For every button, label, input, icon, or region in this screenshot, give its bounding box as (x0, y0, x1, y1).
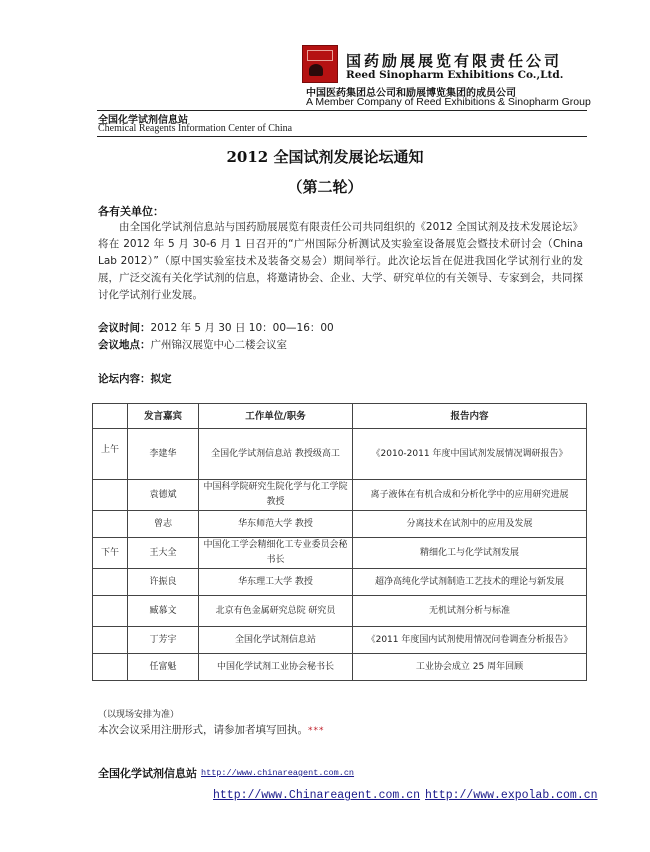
cell-topic: 《2011 年度国内试剂使用情况问卷调查分析报告》 (353, 627, 587, 654)
header-speaker: 发言嘉宾 (128, 404, 199, 429)
cell-speaker: 曾志 (128, 511, 199, 538)
cell-topic: 《2010-2011 年度中国试剂发展情况调研报告》 (353, 429, 587, 480)
center-name-en: Chemical Reagents Information Center of … (98, 123, 292, 134)
meeting-place-value: 广州锦汉展览中心二楼会议室 (151, 339, 288, 351)
table-row: 丁芳宇 全国化学试剂信息站 《2011 年度国内试剂使用情况问卷调查分析报告》 (93, 627, 587, 654)
company-logo (302, 45, 338, 83)
table-row: 上午 李建华 全国化学试剂信息站 教授级高工 《2010-2011 年度中国试剂… (93, 429, 587, 480)
member-line-en: A Member Company of Reed Exhibitions & S… (306, 96, 591, 108)
company-name-en: Reed Sinopharm Exhibitions Co.,Ltd. (346, 69, 563, 81)
cell-org: 华东理工大学 教授 (199, 569, 353, 596)
cell-session (93, 569, 128, 596)
document-subtitle: （第二轮） (0, 176, 650, 197)
meeting-time-label: 会议时间： (98, 322, 151, 334)
cell-topic: 分离技术在试剂中的应用及发展 (353, 511, 587, 538)
schedule-note: （以现场安排为准） (98, 707, 179, 720)
cell-speaker: 王大全 (128, 538, 199, 569)
cell-session (93, 654, 128, 681)
cell-speaker: 丁芳宇 (128, 627, 199, 654)
intro-paragraph: 由全国化学试剂信息站与国药励展展览有限责任公司共同组织的《2012 全国试剂及技… (98, 219, 583, 304)
cell-org: 中国化学试剂工业协会秘书长 (199, 654, 353, 681)
cell-topic: 精细化工与化学试剂发展 (353, 538, 587, 569)
cell-topic: 工业协会成立 25 周年回顾 (353, 654, 587, 681)
table-row: 任富魁 中国化学试剂工业协会秘书长 工业协会成立 25 周年回顾 (93, 654, 587, 681)
chinareagent-link[interactable]: http://www.Chinareagent.com.cn (213, 789, 420, 802)
table-row: 臧慕文 北京有色金属研究总院 研究员 无机试剂分析与标准 (93, 596, 587, 627)
cell-session (93, 596, 128, 627)
header-topic: 报告内容 (353, 404, 587, 429)
cell-session (93, 627, 128, 654)
table-row: 袁德斌 中国科学院研究生院化学与化工学院 教授 离子液体在有机合成和分析化学中的… (93, 480, 587, 511)
schedule-table: 发言嘉宾 工作单位/职务 报告内容 上午 李建华 全国化学试剂信息站 教授级高工… (92, 403, 587, 681)
company-name-cn: 国药励展展览有限责任公司 (346, 50, 562, 71)
document-title: 2012 全国试剂发展论坛通知 (0, 146, 650, 167)
forum-content: 论坛内容：拟定 (98, 371, 172, 386)
table-row: 曾志 华东师范大学 教授 分离技术在试剂中的应用及发展 (93, 511, 587, 538)
meeting-place: 会议地点：广州锦汉展览中心二楼会议室 (98, 337, 287, 352)
cell-org: 华东师范大学 教授 (199, 511, 353, 538)
expolab-link[interactable]: http://www.expolab.com.cn (425, 789, 598, 802)
meeting-time-value: 2012 年 5 月 30 日 10：00—16：00 (151, 322, 334, 334)
cell-org: 中国化工学会精细化工专业委员会秘书长 (199, 538, 353, 569)
cell-session (93, 511, 128, 538)
footer-org-name: 全国化学试剂信息站 (98, 765, 197, 781)
salutation: 各有关单位： (98, 203, 164, 219)
cell-topic: 超净高纯化学试剂制造工艺技术的理论与新发展 (353, 569, 587, 596)
meeting-time: 会议时间：2012 年 5 月 30 日 10：00—16：00 (98, 320, 334, 335)
table-row: 下午 王大全 中国化工学会精细化工专业委员会秘书长 精细化工与化学试剂发展 (93, 538, 587, 569)
cell-topic: 无机试剂分析与标准 (353, 596, 587, 627)
table-row: 许振良 华东理工大学 教授 超净高纯化学试剂制造工艺技术的理论与新发展 (93, 569, 587, 596)
cell-speaker: 臧慕文 (128, 596, 199, 627)
table-header-row: 发言嘉宾 工作单位/职务 报告内容 (93, 404, 587, 429)
forum-content-label: 论坛内容：拟定 (98, 373, 172, 385)
cell-speaker: 许振良 (128, 569, 199, 596)
footer-org-link[interactable]: http://www.chinareagent.com.cn (201, 768, 354, 778)
cell-org: 中国科学院研究生院化学与化工学院 教授 (199, 480, 353, 511)
cell-speaker: 袁德斌 (128, 480, 199, 511)
cell-org: 全国化学试剂信息站 (199, 627, 353, 654)
header-rule-bottom (97, 136, 587, 137)
header-session (93, 404, 128, 429)
cell-session: 上午 (93, 429, 128, 480)
meeting-place-label: 会议地点： (98, 339, 151, 351)
registration-mark: *** (308, 726, 325, 736)
registration-notice: 本次会议采用注册形式，请参加者填写回执。*** (98, 722, 325, 737)
cell-speaker: 任富魁 (128, 654, 199, 681)
registration-text: 本次会议采用注册形式，请参加者填写回执。 (98, 724, 308, 736)
cell-org: 北京有色金属研究总院 研究员 (199, 596, 353, 627)
cell-session (93, 480, 128, 511)
cell-topic: 离子液体在有机合成和分析化学中的应用研究进展 (353, 480, 587, 511)
header-org: 工作单位/职务 (199, 404, 353, 429)
cell-org: 全国化学试剂信息站 教授级高工 (199, 429, 353, 480)
cell-session: 下午 (93, 538, 128, 569)
cell-speaker: 李建华 (128, 429, 199, 480)
